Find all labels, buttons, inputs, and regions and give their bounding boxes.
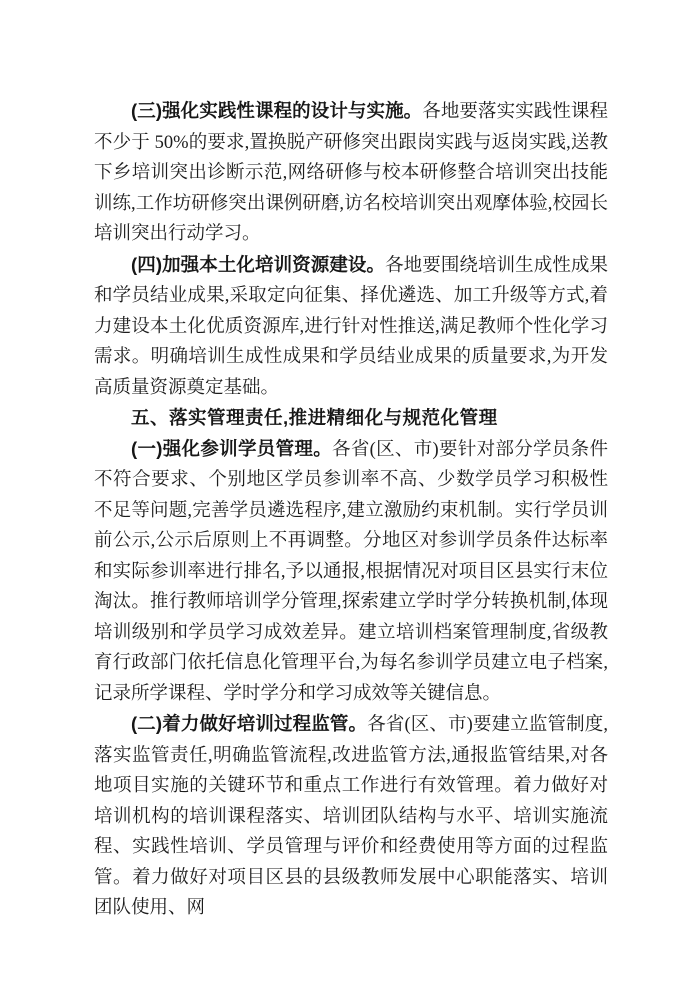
paragraph-lead: (四)加强本土化培训资源建设。	[131, 254, 385, 275]
paragraph: (四)加强本土化培训资源建设。各地要围绕培训生成性成果和学员结业成果,采取定向征…	[94, 250, 608, 404]
paragraph-body: 各省(区、市)要针对部分学员条件不符合要求、个别地区学员参训率不高、少数学员学习…	[94, 440, 608, 704]
paragraph-body: 各省(区、市)要建立监管制度,落实监管责任,明确监管流程,改进监管方法,通报监管…	[94, 715, 608, 918]
paragraph-body: 各地要落实实践性课程不少于 50%的要求,置换脱产研修突出跟岗实践与返岗实践,送…	[94, 102, 608, 244]
paragraph: (三)强化实践性课程的设计与实施。各地要落实实践性课程不少于 50%的要求,置换…	[94, 96, 608, 250]
document-content: (三)强化实践性课程的设计与实施。各地要落实实践性课程不少于 50%的要求,置换…	[94, 96, 608, 924]
paragraph: (二)着力做好培训过程监管。各省(区、市)要建立监管制度,落实监管责任,明确监管…	[94, 709, 608, 924]
paragraph-lead: (三)强化实践性课程的设计与实施。	[131, 100, 422, 121]
paragraph-lead: (一)强化参训学员管理。	[131, 438, 332, 459]
paragraph-lead: (二)着力做好培训过程监管。	[131, 713, 367, 734]
paragraph: (一)强化参训学员管理。各省(区、市)要针对部分学员条件不符合要求、个别地区学员…	[94, 434, 608, 710]
section-heading: 五、落实管理责任,推进精细化与规范化管理	[94, 403, 608, 434]
document-page: (三)强化实践性课程的设计与实施。各地要落实实践性课程不少于 50%的要求,置换…	[0, 0, 700, 993]
paragraph-body: 各地要围绕培训生成性成果和学员结业成果,采取定向征集、择优遴选、加工升级等方式,…	[94, 256, 608, 398]
